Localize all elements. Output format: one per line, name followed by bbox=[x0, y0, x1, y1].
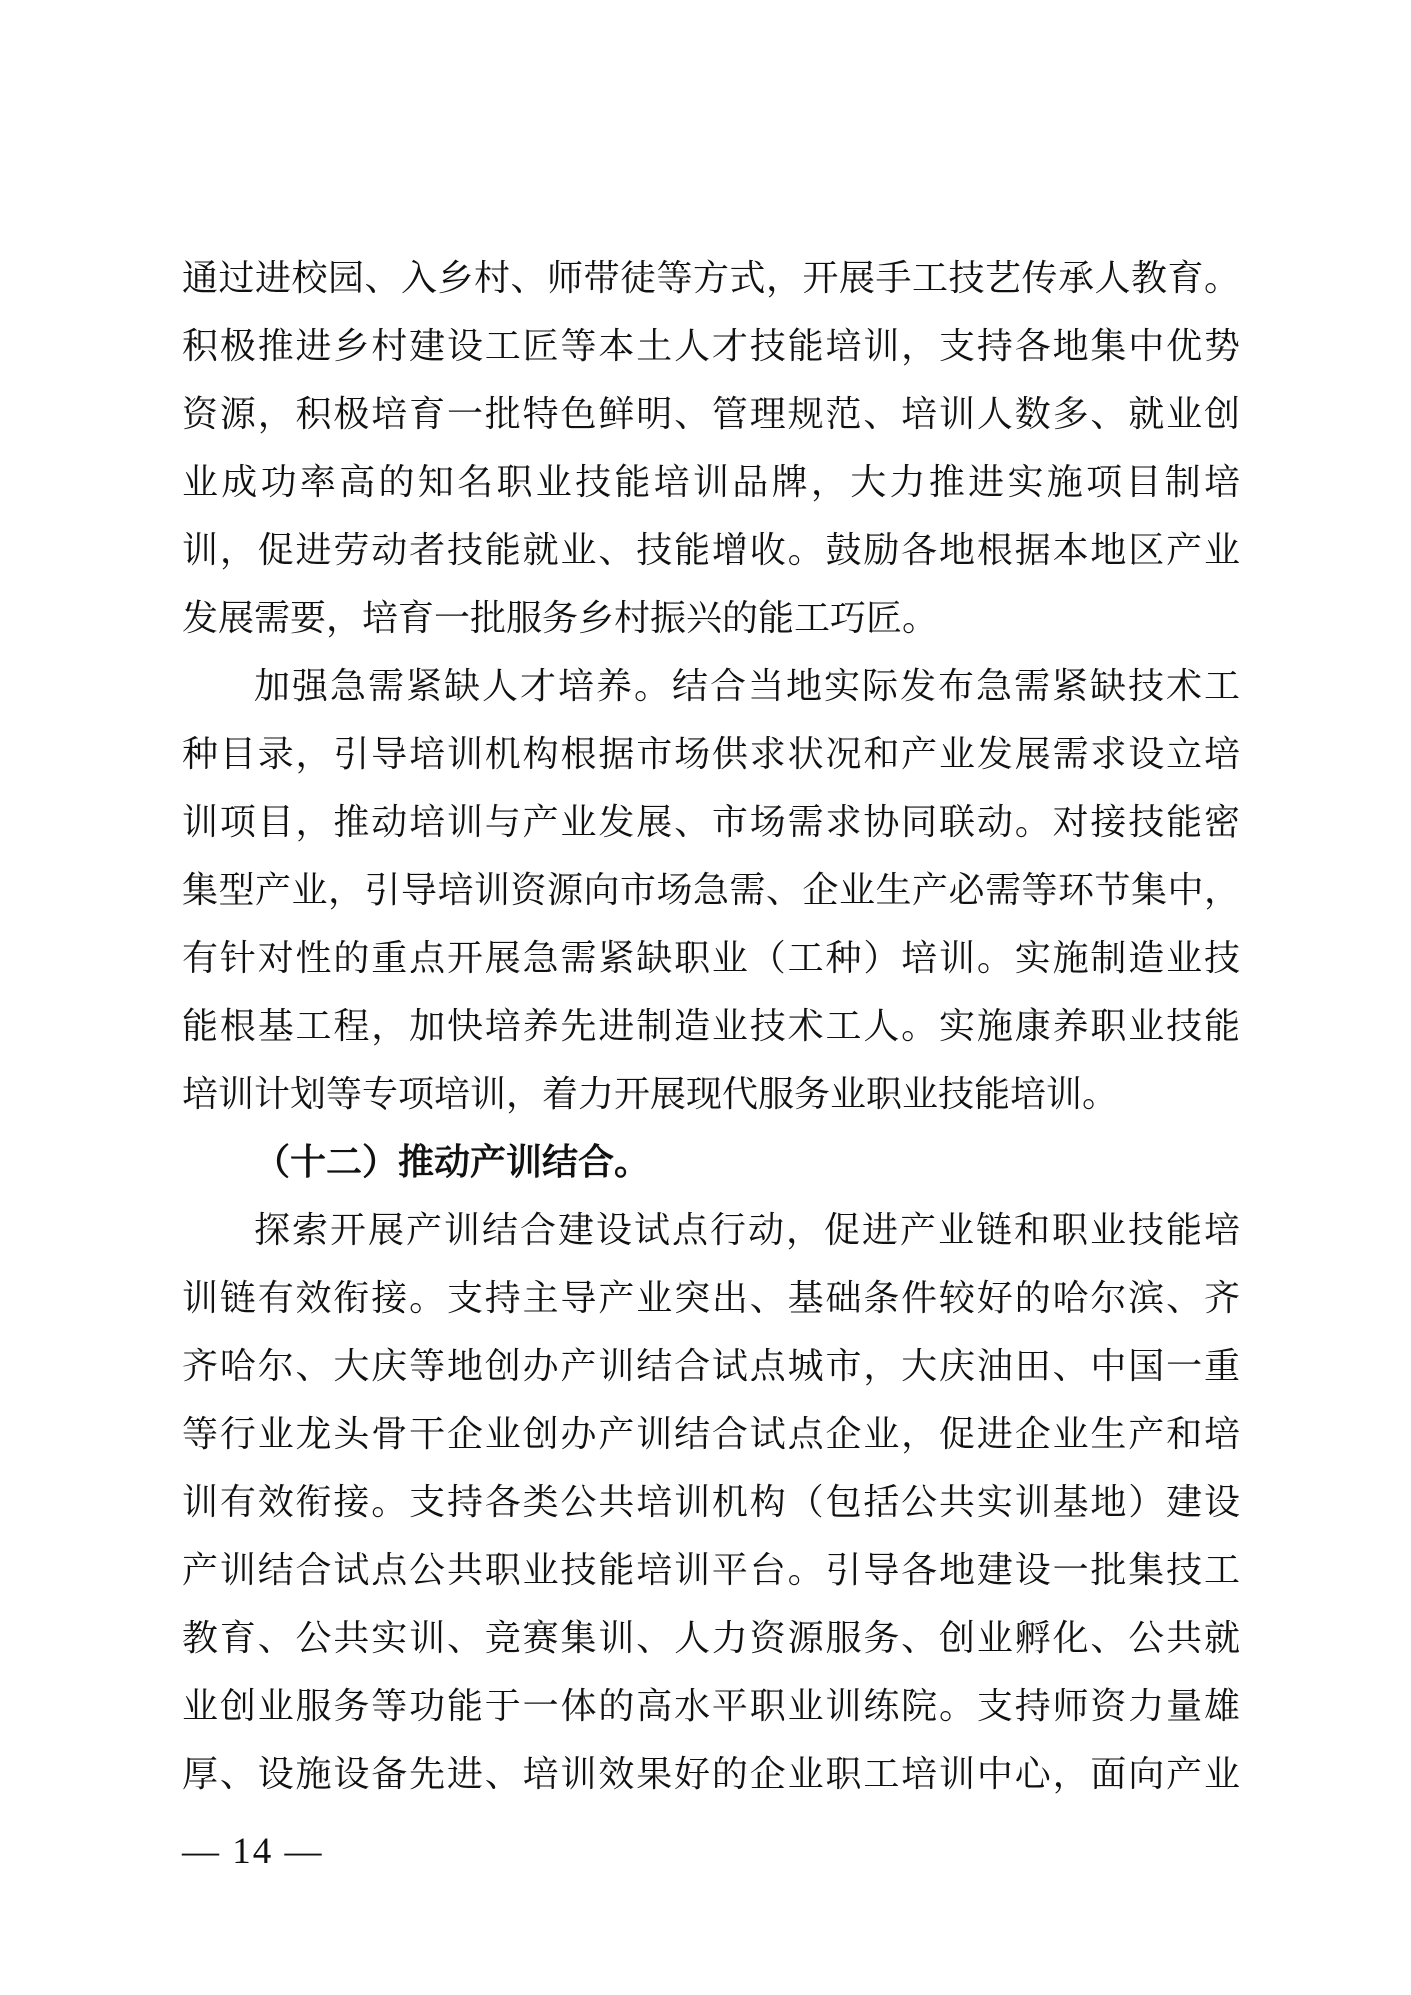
text-line: 通过进校园、入乡村、师带徒等方式，开展手工技艺传承人教育。 bbox=[182, 244, 1240, 312]
text-line: 齐哈尔、大庆等地创办产训结合试点城市，大庆油田、中国一重 bbox=[182, 1332, 1240, 1400]
page-number: — 14 — bbox=[182, 1832, 324, 1872]
text-line-paragraph-end: 发展需要，培育一批服务乡村振兴的能工巧匠。 bbox=[182, 584, 1240, 652]
text-line: 厚、设施设备先进、培训效果好的企业职工培训中心，面向产业 bbox=[182, 1740, 1240, 1808]
text-line: 能根基工程，加快培养先进制造业技术工人。实施康养职业技能 bbox=[182, 992, 1240, 1060]
text-line: 积极推进乡村建设工匠等本土人才技能培训，支持各地集中优势 bbox=[182, 312, 1240, 380]
text-line: 训，促进劳动者技能就业、技能增收。鼓励各地根据本地区产业 bbox=[182, 516, 1240, 584]
text-line: 训有效衔接。支持各类公共培训机构（包括公共实训基地）建设 bbox=[182, 1468, 1240, 1536]
text-line: 等行业龙头骨干企业创办产训结合试点企业，促进企业生产和培 bbox=[182, 1400, 1240, 1468]
text-line: 教育、公共实训、竞赛集训、人力资源服务、创业孵化、公共就 bbox=[182, 1604, 1240, 1672]
text-line: 业创业服务等功能于一体的高水平职业训练院。支持师资力量雄 bbox=[182, 1672, 1240, 1740]
text-line: 种目录，引导培训机构根据市场供求状况和产业发展需求设立培 bbox=[182, 720, 1240, 788]
section-heading: （十二）推动产训结合。 bbox=[182, 1128, 1240, 1196]
body-text-block: 通过进校园、入乡村、师带徒等方式，开展手工技艺传承人教育。 积极推进乡村建设工匠… bbox=[182, 244, 1240, 1808]
text-line: 训项目，推动培训与产业发展、市场需求协同联动。对接技能密 bbox=[182, 788, 1240, 856]
text-line-paragraph-end: 培训计划等专项培训，着力开展现代服务业职业技能培训。 bbox=[182, 1060, 1240, 1128]
document-page: 通过进校园、入乡村、师带徒等方式，开展手工技艺传承人教育。 积极推进乡村建设工匠… bbox=[0, 0, 1411, 1995]
text-line: 集型产业，引导培训资源向市场急需、企业生产必需等环节集中， bbox=[182, 856, 1240, 924]
text-line: 产训结合试点公共职业技能培训平台。引导各地建设一批集技工 bbox=[182, 1536, 1240, 1604]
text-line-paragraph-start: 加强急需紧缺人才培养。结合当地实际发布急需紧缺技术工 bbox=[182, 652, 1240, 720]
text-line: 资源，积极培育一批特色鲜明、管理规范、培训人数多、就业创 bbox=[182, 380, 1240, 448]
text-line: 业成功率高的知名职业技能培训品牌，大力推进实施项目制培 bbox=[182, 448, 1240, 516]
text-line-paragraph-start: 探索开展产训结合建设试点行动，促进产业链和职业技能培 bbox=[182, 1196, 1240, 1264]
text-line: 有针对性的重点开展急需紧缺职业（工种）培训。实施制造业技 bbox=[182, 924, 1240, 992]
text-line: 训链有效衔接。支持主导产业突出、基础条件较好的哈尔滨、齐 bbox=[182, 1264, 1240, 1332]
